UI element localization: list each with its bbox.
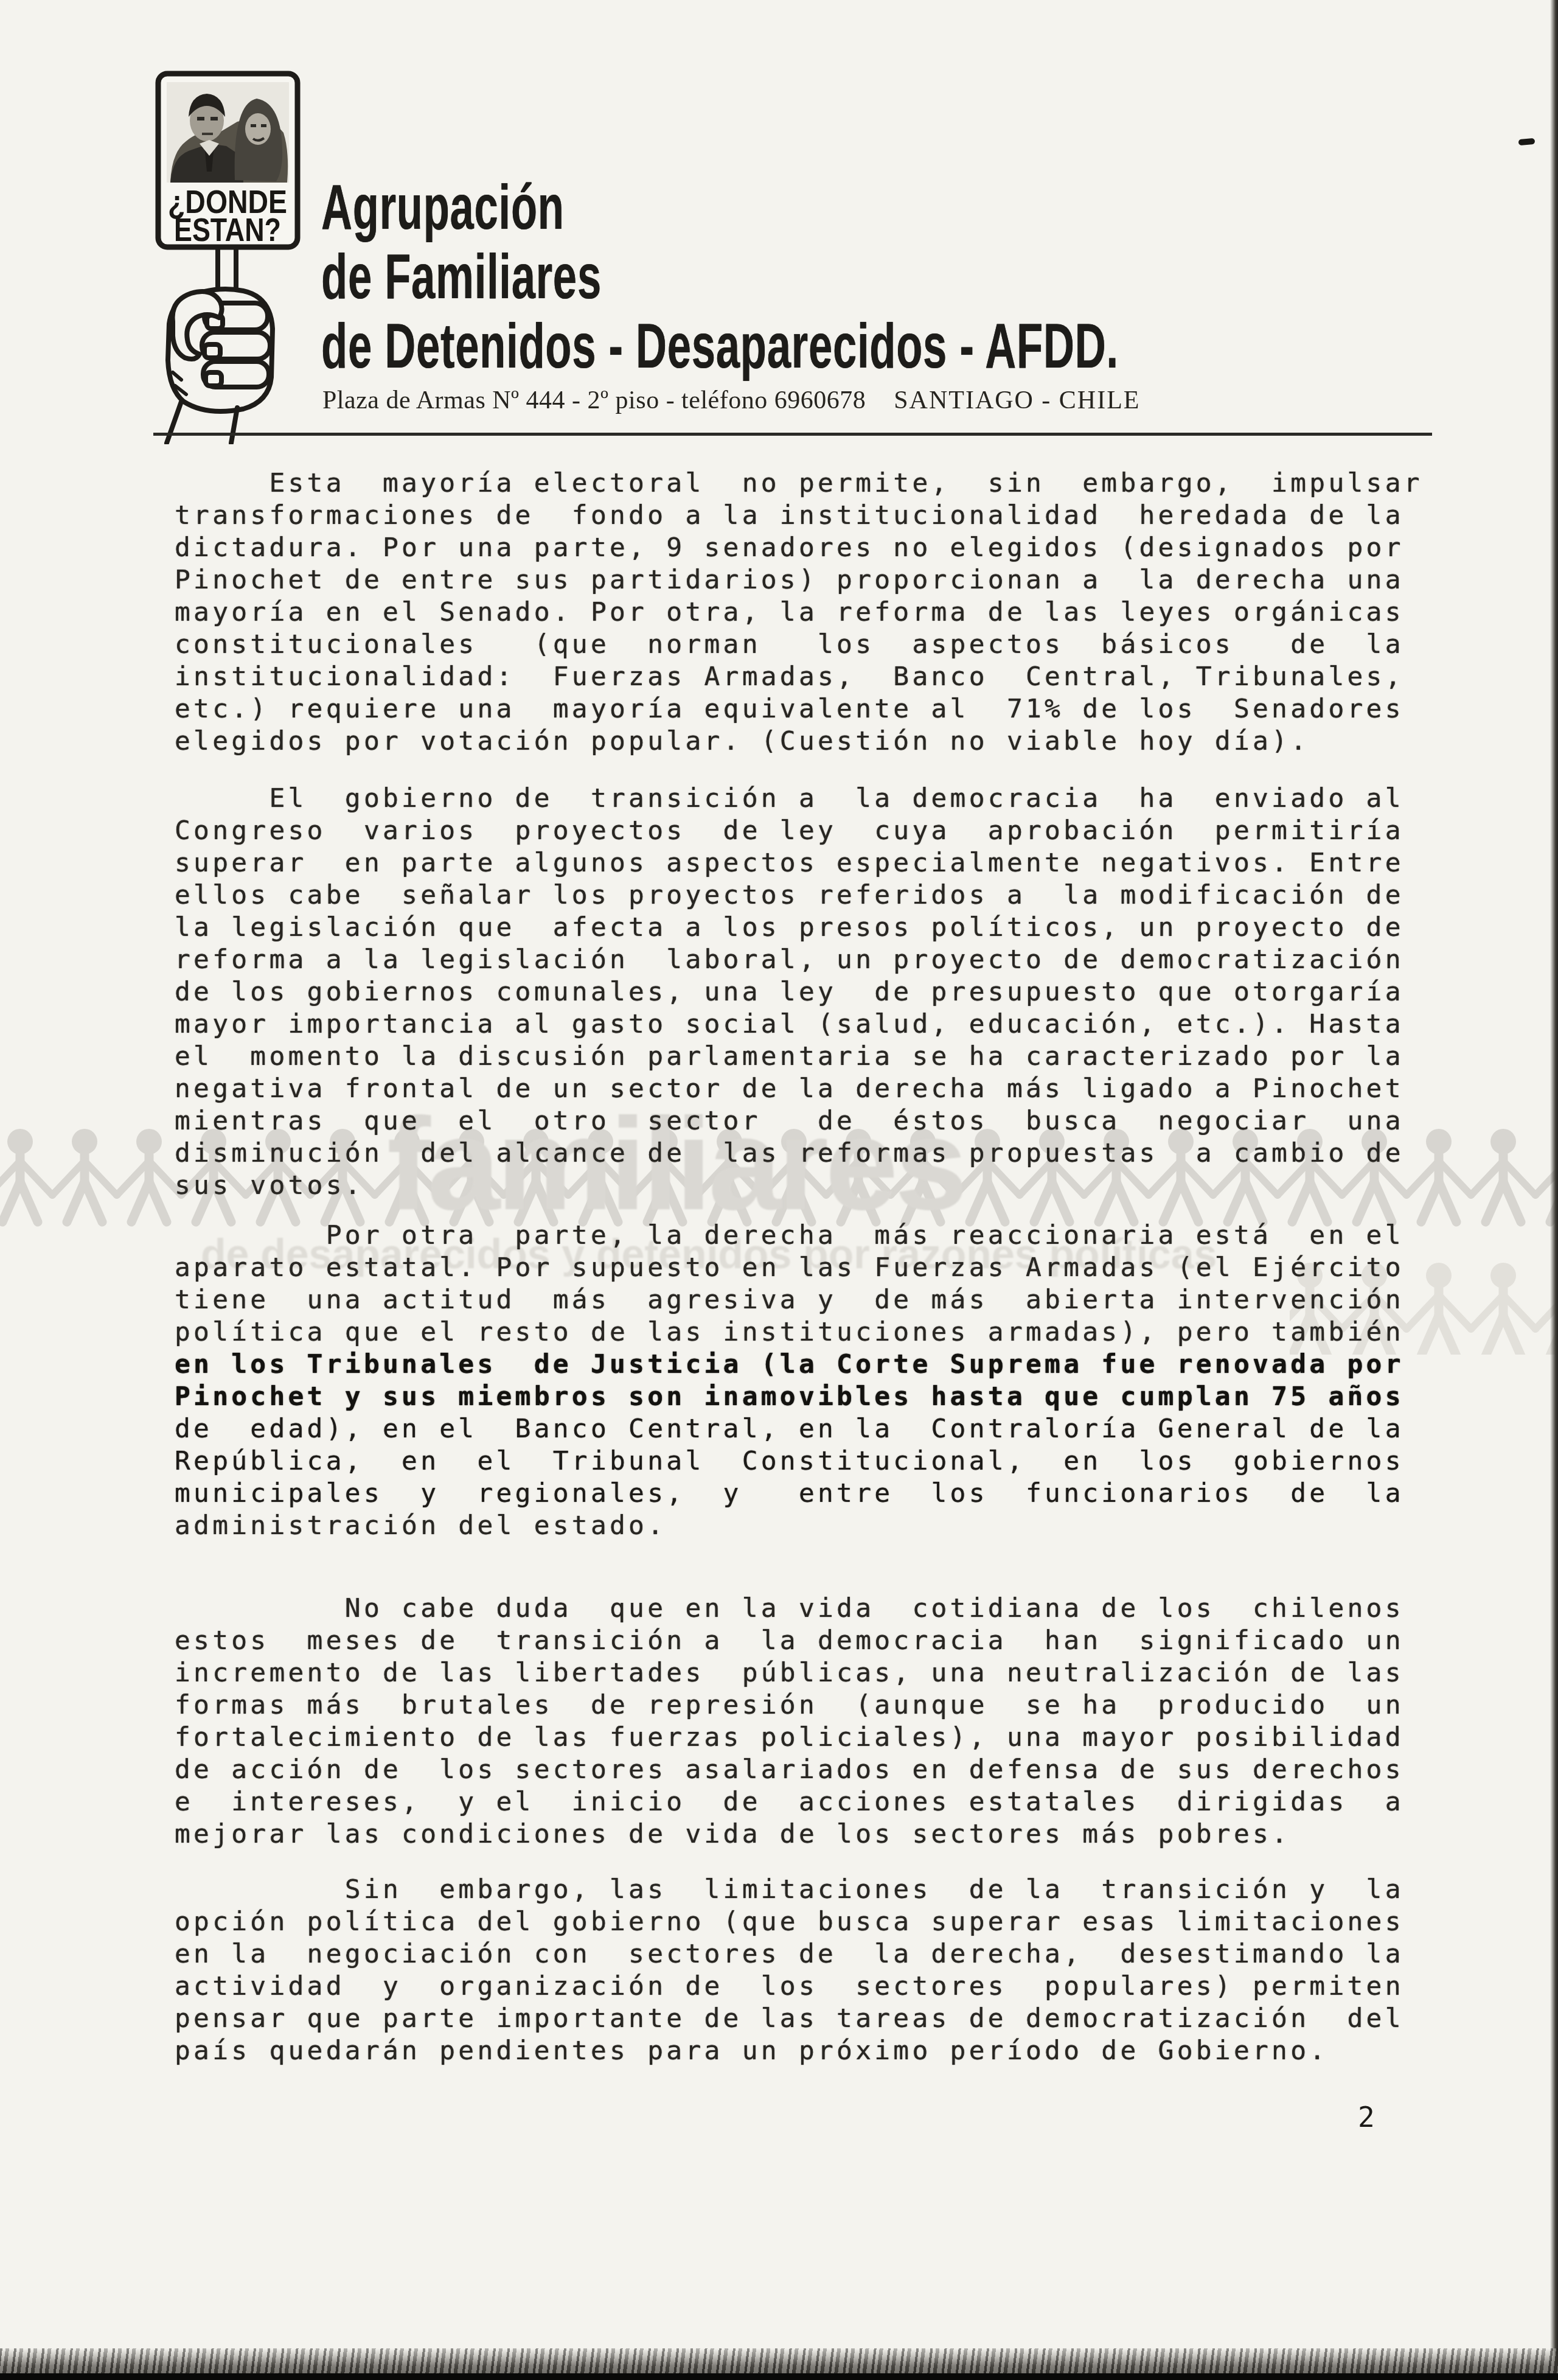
body-line: fortalecimiento de las fuerzas policiale… <box>175 1722 1423 1754</box>
paper-doll-figure <box>52 1129 117 1222</box>
body-line: negativa frontal de un sector de la dere… <box>175 1073 1423 1105</box>
body-line: municipales y regionales, y entre los fu… <box>175 1478 1423 1510</box>
body-line: de los gobiernos comunales, una ley de p… <box>175 976 1423 1008</box>
body-line: ellos cabe señalar los proyectos referid… <box>175 879 1423 912</box>
body-line: Congreso varios proyectos de ley cuya ap… <box>175 815 1423 847</box>
body-line: aparato estatal. Por supuesto en las Fue… <box>175 1252 1423 1284</box>
body-line: El gobierno de transición a la democraci… <box>175 783 1423 815</box>
body-line: el momento la discusión parlamentaria se… <box>175 1041 1423 1073</box>
body-line: Pinochet de entre sus partidarios) propo… <box>175 564 1423 596</box>
ink-mark <box>1518 138 1535 145</box>
body-text: Esta mayoría electoral no permite, sin e… <box>175 467 1423 2067</box>
body-line: elegidos por votación popular. (Cuestión… <box>175 725 1423 758</box>
body-line: dictadura. Por una parte, 9 senadores no… <box>175 532 1423 564</box>
org-name-line: de Familiares <box>321 242 1119 312</box>
scan-edge-bottom-line <box>0 2373 1558 2380</box>
body-line: disminución del alcance de las reformas … <box>175 1137 1423 1170</box>
body-line: país quedarán pendientes para un próximo… <box>175 2035 1423 2067</box>
body-line: de acción de los sectores asalariados en… <box>175 1754 1423 1786</box>
sign-text-line2: ESTAN? <box>174 212 281 248</box>
body-line: la legislación que afecta a los presos p… <box>175 912 1423 944</box>
fist-icon <box>167 289 273 443</box>
paragraph: Esta mayoría electoral no permite, sin e… <box>175 467 1423 758</box>
body-line: sus votos. <box>175 1170 1423 1202</box>
paper-doll-figure <box>117 1129 181 1222</box>
paper-doll-figure <box>1471 1263 1535 1355</box>
body-line: Sin embargo, las limitaciones de la tran… <box>175 1874 1423 1906</box>
afdd-logo-icon: ¿DONDE ESTAN? <box>146 61 304 444</box>
body-line: Esta mayoría electoral no permite, sin e… <box>175 467 1423 500</box>
body-line: mayoría en el Senado. Por otra, la refor… <box>175 596 1423 629</box>
body-line: pensar que parte importante de las tarea… <box>175 2003 1423 2035</box>
scan-edge-right <box>1550 0 1558 2380</box>
body-line: superar en parte algunos aspectos especi… <box>175 847 1423 879</box>
body-line: en los Tribunales de Justicia (la Corte … <box>175 1349 1423 1381</box>
body-line: mayor importancia al gasto social (salud… <box>175 1008 1423 1041</box>
body-line: opción política del gobierno (que busca … <box>175 1906 1423 1938</box>
org-name-line: de Detenidos - Desaparecidos - AFDD. <box>321 312 1119 381</box>
paper-doll-figure <box>0 1129 52 1222</box>
body-line: actividad y organización de los sectores… <box>175 1970 1423 2003</box>
body-line: incremento de las libertades públicas, u… <box>175 1657 1423 1689</box>
org-address: Plaza de Armas Nº 444 - 2º piso - teléfo… <box>322 386 1141 415</box>
body-line: No cabe duda que en la vida cotidiana de… <box>175 1593 1423 1625</box>
city-text: SANTIAGO - CHILE <box>866 386 1140 414</box>
body-line: en la negociación con sectores de la der… <box>175 1938 1423 1970</box>
body-line: etc.) requiere una mayoría equivalente a… <box>175 693 1423 725</box>
body-line: reforma a la legislación laboral, un pro… <box>175 944 1423 976</box>
body-line: Pinochet y sus miembros son inamovibles … <box>175 1381 1423 1413</box>
paragraph: Sin embargo, las limitaciones de la tran… <box>175 1874 1423 2067</box>
org-name: Agrupación de Familiares de Detenidos - … <box>321 173 1119 381</box>
body-line: Por otra parte, la derecha más reacciona… <box>175 1220 1423 1252</box>
disappeared-portraits <box>167 82 289 183</box>
body-line: institucionalidad: Fuerzas Armadas, Banc… <box>175 661 1423 693</box>
body-line: administración del estado. <box>175 1510 1423 1542</box>
body-line: de edad), en el Banco Central, en la Con… <box>175 1413 1423 1445</box>
paragraph: El gobierno de transición a la democraci… <box>175 783 1423 1202</box>
body-line: constitucionales (que norman los aspecto… <box>175 629 1423 661</box>
page-number: 2 <box>1358 2101 1375 2134</box>
org-name-line: Agrupación <box>321 173 1119 242</box>
body-line: tiene una actitud más agresiva y de más … <box>175 1284 1423 1316</box>
body-line: transformaciones de fondo a la instituci… <box>175 500 1423 532</box>
body-line: mejorar las condiciones de vida de los s… <box>175 1818 1423 1851</box>
body-line: mientras que el otro sector de éstos bus… <box>175 1105 1423 1137</box>
body-line: política que el resto de las institucion… <box>175 1316 1423 1349</box>
paper-doll-figure <box>1471 1129 1535 1222</box>
body-line: estos meses de transición a la democraci… <box>175 1625 1423 1657</box>
scanned-document-page: ¿DONDE ESTAN? Agrupación de Familiares d… <box>0 0 1558 2380</box>
header-divider <box>153 433 1432 436</box>
paragraph: No cabe duda que en la vida cotidiana de… <box>175 1593 1423 1851</box>
address-text: Plaza de Armas Nº 444 - 2º piso - teléfo… <box>322 386 866 414</box>
body-line: formas más brutales de represión (aunque… <box>175 1689 1423 1722</box>
body-line: e intereses, y el inicio de acciones est… <box>175 1786 1423 1818</box>
paragraph: Por otra parte, la derecha más reacciona… <box>175 1220 1423 1542</box>
body-line: República, en el Tribunal Constitucional… <box>175 1445 1423 1478</box>
